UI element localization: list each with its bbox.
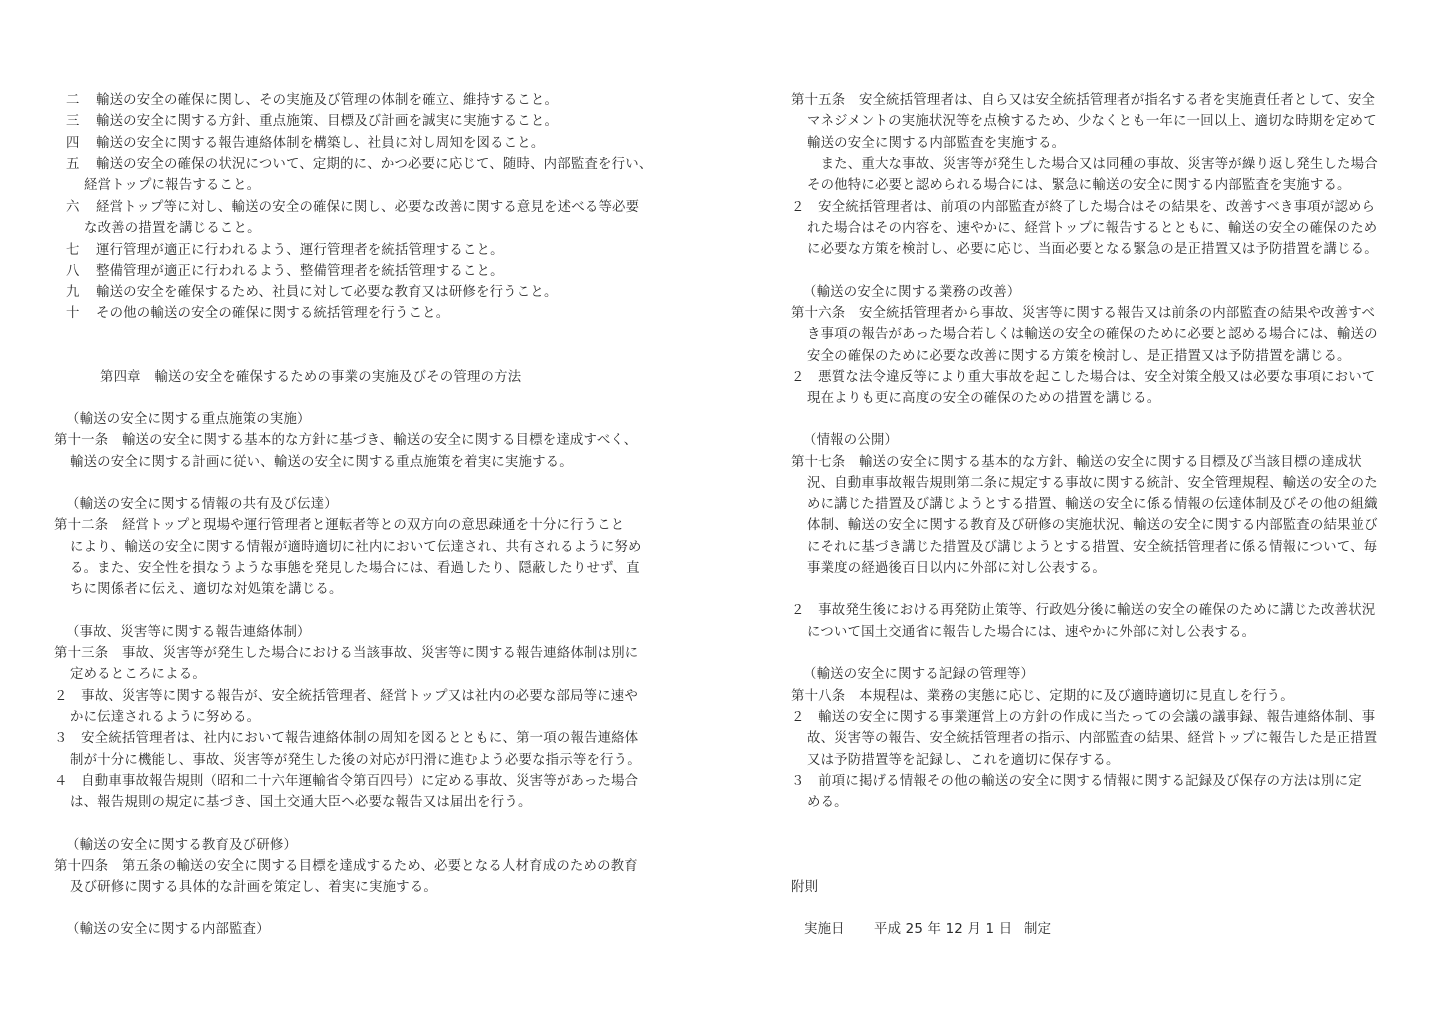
item-number: 四 <box>66 133 96 154</box>
article-line: ２ 事故発生後における再発防止策等、行政処分後に輸送の安全の確保のために講じた改… <box>791 600 1375 621</box>
article-heading: （輸送の安全に関する業務の改善） <box>803 282 1020 303</box>
article-heading: （輸送の安全に関する情報の共有及び伝達） <box>66 494 338 515</box>
article-line: その他特に必要と認められる場合には、緊急に輸送の安全に関する内部監査を実施する。 <box>807 175 1351 196</box>
article-line: 第十一条 輸送の安全に関する基本的な方針に基づき、輸送の安全に関する目標を達成す… <box>54 430 637 451</box>
article-line: れた場合はその内容を、速やかに、経営トップに報告するとともに、輸送の安全の確保の… <box>807 218 1377 239</box>
article-line: ２ 悪質な法令違反等により重大事故を起こした場合は、安全対策全般又は必要な事項に… <box>791 367 1375 388</box>
article-line: めに講じた措置及び講じようとする措置、輸送の安全に係る情報の伝達体制及びその他の… <box>807 494 1378 515</box>
article-line: 現在よりも更に高度の安全の確保のための措置を講じる。 <box>807 388 1160 409</box>
article-heading: （情報の公開） <box>803 430 898 451</box>
effective-date-row: 実施日平成 25 年 12 月 1 日制定 <box>804 919 1051 940</box>
effective-date: 平成 25 年 12 月 1 日 <box>874 919 1024 940</box>
item-text: 輸送の安全の確保の状況について、定期的に、かつ必要に応じて、随時、内部監査を行い… <box>96 157 652 172</box>
article-line: 体制、輸送の安全に関する教育及び研修の実施状況、輸送の安全に関する内部監査の結果… <box>807 515 1378 536</box>
item-text: 輸送の安全の確保に関し、その実施及び管理の体制を確立、維持すること。 <box>96 93 558 108</box>
article-line: 第十四条 第五条の輸送の安全に関する目標を達成するため、必要となる人材育成のため… <box>54 856 638 877</box>
supplementary-title: 附則 <box>791 877 818 898</box>
document-page-right: 第十五条 安全統括管理者は、自ら又は安全統括管理者が指名する者を実施責任者として… <box>720 0 1440 1016</box>
article-line: める。 <box>807 792 848 813</box>
article-line: 定めるところによる。 <box>70 664 206 685</box>
article-heading: （輸送の安全に関する内部監査） <box>66 919 270 940</box>
item-number: 三 <box>66 111 96 132</box>
article-heading: （事故、災害等に関する報告連絡体制） <box>66 622 311 643</box>
item-text: 整備管理が適正に行われるよう、整備管理者を統括管理すること。 <box>96 264 504 279</box>
article-line: る。また、安全性を損なうような事態を発見した場合には、看過したり、隠蔽したりせず… <box>70 558 640 579</box>
list-item: 三輸送の安全に関する方針、重点施策、目標及び計画を誠実に実施すること。 <box>66 111 558 132</box>
list-item: 九輸送の安全を確保するため、社員に対して必要な教育又は研修を行うこと。 <box>66 282 558 303</box>
item-number: 七 <box>66 240 96 261</box>
article-line: マネジメントの実施状況等を点検するため、少なくとも一年に一回以上、適切な時期を定… <box>807 111 1377 132</box>
item-text: 運行管理が適正に行われるよう、運行管理者を統括管理すること。 <box>96 243 504 258</box>
article-line: かに伝達されるように努める。 <box>70 707 260 728</box>
item-number: 二 <box>66 90 96 111</box>
effective-label: 実施日 <box>804 919 874 940</box>
article-line: にそれに基づき講じた措置及び講じようとする措置、安全統括管理者に係る情報について… <box>807 537 1377 558</box>
enacted-label: 制定 <box>1024 922 1051 937</box>
article-line: ２ 安全統括管理者は、前項の内部監査が終了した場合はその結果を、改善すべき事項が… <box>791 197 1375 218</box>
article-line: き事項の報告があった場合若しくは輸送の安全の確保のために必要と認める場合には、輸… <box>807 324 1378 345</box>
article-line: 制が十分に機能し、事故、災害等が発生した後の対応が円滑に進むよう必要な指示等を行… <box>70 750 641 771</box>
list-item: 四輸送の安全に関する報告連絡体制を構築し、社員に対し周知を図ること。 <box>66 133 545 154</box>
article-heading: （輸送の安全に関する記録の管理等） <box>803 664 1034 685</box>
article-line: 輸送の安全に関する計画に従い、輸送の安全に関する重点施策を着実に実施する。 <box>70 452 573 473</box>
article-line: 第十六条 安全統括管理者から事故、災害等に関する報告又は前条の内部監査の結果や改… <box>791 303 1375 324</box>
item-text: その他の輸送の安全の確保に関する統括管理を行うこと。 <box>96 306 449 321</box>
article-line: は、報告規則の規定に基づき、国土交通大臣へ必要な報告又は届出を行う。 <box>70 792 532 813</box>
article-line: ちに関係者に伝え、適切な対処策を講じる。 <box>70 579 343 600</box>
item-number: 六 <box>66 197 96 218</box>
item-number: 九 <box>66 282 96 303</box>
item-text: 輸送の安全に関する報告連絡体制を構築し、社員に対し周知を図ること。 <box>96 136 545 151</box>
list-item: 二輸送の安全の確保に関し、その実施及び管理の体制を確立、維持すること。 <box>66 90 558 111</box>
article-line: 第十五条 安全統括管理者は、自ら又は安全統括管理者が指名する者を実施責任者として… <box>791 90 1375 111</box>
article-line: 第十七条 輸送の安全に関する基本的な方針、輸送の安全に関する目標及び当該目標の達… <box>791 452 1362 473</box>
list-item: 十その他の輸送の安全の確保に関する統括管理を行うこと。 <box>66 303 449 324</box>
article-line: 又は予防措置等を記録し、これを適切に保存する。 <box>807 750 1120 771</box>
list-item-continuation: 経営トップに報告すること。 <box>84 175 260 196</box>
item-number: 八 <box>66 261 96 282</box>
item-number: 十 <box>66 303 96 324</box>
list-item-continuation: な改善の措置を講じること。 <box>84 218 261 239</box>
article-line: 第十八条 本規程は、業務の実態に応じ、定期的に及び適時適切に見直しを行う。 <box>791 686 1294 707</box>
article-line: 輸送の安全に関する内部監査を実施する。 <box>807 133 1065 154</box>
list-item: 七運行管理が適正に行われるよう、運行管理者を統括管理すること。 <box>66 240 504 261</box>
article-line: ３ 前項に掲げる情報その他の輸送の安全に関する情報に関する記録及び保存の方法は別… <box>791 771 1362 792</box>
article-line: に必要な方策を検討し、必要に応じ、当面必要となる緊急の是正措置又は予防措置を講じ… <box>807 239 1378 260</box>
list-item: 六経営トップ等に対し、輸送の安全の確保に関し、必要な改善に関する意見を述べる等必… <box>66 197 639 218</box>
article-line: 第十三条 事故、災害等が発生した場合における当該事故、災害等に関する報告連絡体制… <box>54 643 638 664</box>
article-line: 事業度の経過後百日以内に外部に対し公表する。 <box>807 558 1106 579</box>
chapter-title: 第四章 輸送の安全を確保するための事業の実施及びその管理の方法 <box>100 367 521 388</box>
item-text: 輸送の安全に関する方針、重点施策、目標及び計画を誠実に実施すること。 <box>96 114 558 129</box>
article-line: により、輸送の安全に関する情報が適時適切に社内において伝達され、共有されるように… <box>70 537 642 558</box>
article-heading: （輸送の安全に関する教育及び研修） <box>66 835 297 856</box>
article-line: ２ 事故、災害等に関する報告が、安全統括管理者、経営トップ又は社内の必要な部局等… <box>54 686 638 707</box>
document-page-left: 二輸送の安全の確保に関し、その実施及び管理の体制を確立、維持すること。 三輸送の… <box>0 0 720 1016</box>
article-line: について国土交通省に報告した場合には、速やかに外部に対し公表する。 <box>807 622 1255 643</box>
article-line: ２ 輸送の安全に関する事業運営上の方針の作成に当たっての会議の議事録、報告連絡体… <box>791 707 1375 728</box>
article-line: 況、自動車事故報告規則第二条に規定する事故に関する統計、安全管理規程、輸送の安全… <box>807 473 1378 494</box>
item-number: 五 <box>66 154 96 175</box>
article-line: 第十二条 経営トップと現場や運行管理者と運転者等との双方向の意思疎通を十分に行う… <box>54 515 624 536</box>
article-line: また、重大な事故、災害等が発生した場合又は同種の事故、災害等が繰り返し発生した場… <box>807 154 1378 175</box>
list-item: 五輸送の安全の確保の状況について、定期的に、かつ必要に応じて、随時、内部監査を行… <box>66 154 652 175</box>
article-line: 安全の確保のために必要な改善に関する方策を検討し、是正措置又は予防措置を講じる。 <box>807 346 1351 367</box>
article-line: ３ 安全統括管理者は、社内において報告連絡体制の周知を図るとともに、第一項の報告… <box>54 728 638 749</box>
item-text: 経営トップ等に対し、輸送の安全の確保に関し、必要な改善に関する意見を述べる等必要 <box>96 200 639 215</box>
article-heading: （輸送の安全に関する重点施策の実施） <box>66 409 311 430</box>
article-line: 故、災害等の報告、安全統括管理者の指示、内部監査の結果、経営トップに報告した是正… <box>807 728 1377 749</box>
item-text: 輸送の安全を確保するため、社員に対して必要な教育又は研修を行うこと。 <box>96 285 558 300</box>
article-line: ４ 自動車事故報告規則（昭和二十六年運輸省令第百四号）に定める事故、災害等があっ… <box>54 771 638 792</box>
list-item: 八整備管理が適正に行われるよう、整備管理者を統括管理すること。 <box>66 261 504 282</box>
article-line: 及び研修に関する具体的な計画を策定し、着実に実施する。 <box>70 877 437 898</box>
